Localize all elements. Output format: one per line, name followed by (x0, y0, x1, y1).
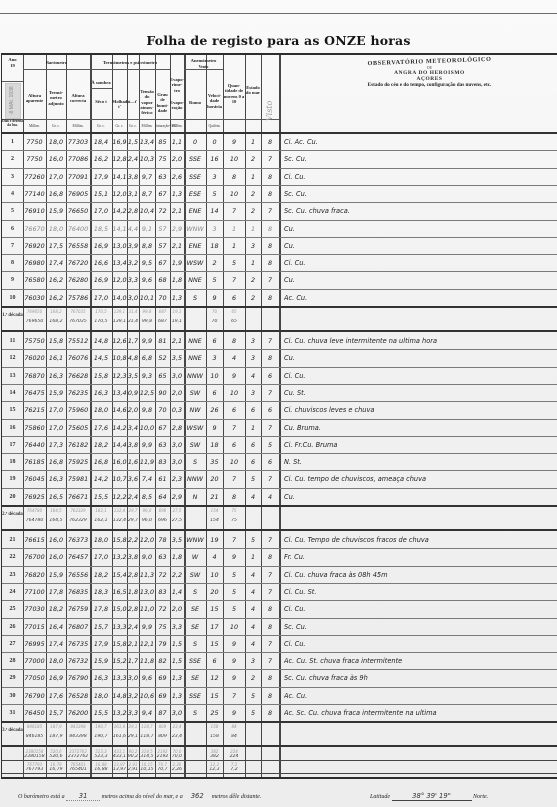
cell-tensao: 10,4 (139, 207, 155, 215)
cell-rumo: NNW (184, 372, 206, 380)
day-number: 6 (2, 226, 23, 232)
weather-remarks: Cu. (284, 225, 556, 233)
decade-sum-draft: 162,1 (90, 508, 112, 513)
cell-evap: 1,3 (170, 674, 184, 682)
day-number: 20 (2, 494, 23, 500)
cell-mar: 4 (245, 493, 261, 501)
day-number: 26 (2, 624, 23, 630)
total-value: 2380158 (23, 754, 46, 759)
cell-alt-cor: 76807 (66, 623, 90, 631)
cell-alt-ap: 76185 (23, 458, 46, 466)
row-rule (2, 618, 557, 619)
cell-alt-cor: 76628 (66, 372, 90, 380)
cell-evap: 1,8 (170, 553, 184, 561)
cell-alt-ap: 76440 (23, 441, 46, 449)
cell-seco: 16,6 (90, 259, 112, 267)
cell-alt-ap: 76020 (23, 354, 46, 362)
cell-vel: 18 (206, 441, 223, 449)
cell-visto: 7 (261, 337, 279, 345)
cell-hum: 52 (155, 354, 170, 362)
cell-mar: 2 (245, 207, 261, 215)
cell-alt-ap: 76450 (23, 709, 46, 717)
decade-sum-draft: 29,1 (127, 724, 139, 729)
cell-rumo: SSE (184, 173, 206, 181)
decade-sum: 29,7 (127, 518, 139, 523)
cell-rumo: S (184, 294, 206, 302)
cell-molh: 16,9 (112, 138, 127, 146)
cell-seco: 15,9 (90, 657, 112, 665)
cell-seco: 15,8 (90, 372, 112, 380)
day-number: 24 (2, 589, 23, 595)
day-number: 11 (2, 338, 23, 344)
cell-mar: 4 (245, 372, 261, 380)
cell-alt-cor: 76732 (66, 657, 90, 665)
cell-rumo: SW (184, 441, 206, 449)
cell-vel: 2 (206, 259, 223, 267)
cell-term: 18,0 (46, 657, 66, 665)
cell-vel: 0 (206, 138, 223, 146)
cell-visto: 7 (261, 276, 279, 284)
row-rule (2, 488, 557, 489)
cell-mar: 4 (245, 571, 261, 579)
cell-evap: 2,2 (170, 571, 184, 579)
cell-nuv: 7 (223, 475, 245, 483)
weather-remarks: Ci. Cu. chuva leve intermitente na ultim… (284, 337, 556, 345)
attached-thermometer-header: Termó-metro adjunto (46, 90, 66, 106)
row-rule (2, 419, 557, 420)
cell-vel: 6 (206, 657, 223, 665)
decade-sum: 99,8 (139, 319, 155, 324)
cell-vel: 15 (206, 692, 223, 700)
decade-sum: 687 (155, 319, 170, 324)
decade-sum-draft: 158 (206, 724, 223, 729)
cell-tensao: 8,5 (139, 493, 155, 501)
cell-alt-ap: 76925 (23, 493, 46, 501)
year-value: 19 (2, 63, 23, 68)
weather-remarks: Ci. Cu. (284, 372, 556, 380)
cell-alt-ap: 76790 (23, 692, 46, 700)
unit-label: Gr. c. (46, 124, 66, 128)
shade-header: À sombra (90, 80, 112, 85)
row-rule (2, 635, 557, 636)
cell-diff: 3,2 (127, 259, 139, 267)
decade-sum-draft: 29,7 (127, 508, 139, 513)
cell-visto: 7 (261, 207, 279, 215)
cell-diff: 3,3 (127, 276, 139, 284)
cell-term: 17,0 (46, 173, 66, 181)
cell-diff: 1,6 (127, 458, 139, 466)
cell-alt-cor: 76280 (66, 276, 90, 284)
cell-hum: 67 (155, 424, 170, 432)
cell-alt-ap: 76045 (23, 475, 46, 483)
row-rule (2, 401, 557, 402)
cell-tensao: 9,1 (139, 225, 155, 233)
cell-alt-cor: 76182 (66, 441, 90, 449)
latitude-label: Latitude (370, 794, 390, 800)
cell-seco: 18,5 (90, 225, 112, 233)
cell-tensao: 9,4 (139, 709, 155, 717)
cell-hum: 85 (155, 138, 170, 146)
cell-nuv: 6 (223, 441, 245, 449)
cell-nuv: 5 (223, 259, 245, 267)
cell-visto: 5 (261, 441, 279, 449)
cell-term: 16,5 (46, 493, 66, 501)
cell-nuv: 8 (223, 493, 245, 501)
cell-vel: 26 (206, 406, 223, 414)
cell-hum: 63 (155, 553, 170, 561)
cell-alt-ap: 7750 (23, 138, 46, 146)
decade-sum-draft: 187,9 (46, 724, 66, 729)
decade-sum-draft: 132,4 (112, 508, 127, 513)
cell-hum: 65 (155, 372, 170, 380)
cell-vel: 5 (206, 276, 223, 284)
cell-hum: 69 (155, 674, 170, 682)
day-number: 19 (2, 476, 23, 482)
cell-molh: 16,5 (112, 588, 127, 596)
cell-seco: 16,9 (90, 276, 112, 284)
cell-term: 16,9 (46, 674, 66, 682)
day-number: 8 (2, 260, 23, 266)
decade-sum-draft: 164,5 (46, 508, 66, 513)
row-rule (2, 687, 557, 688)
unit-label: Gr. c. (112, 124, 127, 128)
cell-visto: 6 (261, 372, 279, 380)
cell-tensao: 12,5 (139, 389, 155, 397)
cell-vel: 3 (206, 173, 223, 181)
cell-molh: 13,2 (112, 553, 127, 561)
cell-hum: 64 (155, 493, 170, 501)
decade-sum: 769650 (23, 319, 46, 324)
decade-sum: 23,4 (170, 734, 184, 739)
cell-rumo: NNW (184, 475, 206, 483)
anemometer-header: Anemómetro (184, 58, 223, 63)
cell-rumo: W (184, 553, 206, 561)
cell-diff: 3,4 (127, 424, 139, 432)
cell-molh: 14,4 (112, 441, 127, 449)
cell-evap: 1,3 (170, 190, 184, 198)
cell-evap: 2,1 (170, 337, 184, 345)
cell-nuv: 9 (223, 372, 245, 380)
cell-diff: 2,4 (127, 623, 139, 631)
cell-rumo: S (184, 588, 206, 596)
cell-molh: 14,1 (112, 225, 127, 233)
cell-term: 17,4 (46, 640, 66, 648)
cell-tensao: 11,3 (139, 571, 155, 579)
cell-rumo: SW (184, 389, 206, 397)
total-value: 2192 (155, 754, 170, 759)
cell-diff: 1,5 (127, 138, 139, 146)
thermometers-header: Termómetros e psicrómetro (90, 60, 170, 65)
cell-seco: 18,4 (90, 138, 112, 146)
cell-diff: 3,9 (127, 242, 139, 250)
cell-diff: 2,4 (127, 493, 139, 501)
vapour-tension-header: Tensão do vapor atmos-férico (139, 89, 155, 115)
weather-remarks: Ci. Ac. Cu. (284, 138, 556, 146)
decade-sum-draft: 70 (206, 309, 223, 314)
cell-alt-cor: 76759 (66, 605, 90, 613)
day-number: 7 (2, 243, 23, 249)
decade-sum-draft: 23,4 (170, 724, 184, 729)
day-number: 27 (2, 641, 23, 647)
cell-alt-cor: 75925 (66, 458, 90, 466)
row-rule (2, 652, 557, 653)
cell-alt-ap: 7750 (23, 155, 46, 163)
cell-alt-ap: 76030 (23, 294, 46, 302)
remarks-header: Estado do céu e do tempo, configuração d… (302, 82, 557, 88)
cell-rumo: NNE (184, 354, 206, 362)
cell-rumo: NW (184, 406, 206, 414)
total-value: 70,7 (155, 767, 170, 772)
cell-alt-ap: 76980 (23, 259, 46, 267)
cell-hum: 83 (155, 588, 170, 596)
cell-nuv: 10 (223, 458, 245, 466)
cell-term: 15,9 (46, 207, 66, 215)
day-number: 21 (2, 537, 23, 543)
cell-mar: 2 (245, 190, 261, 198)
decade-sum: 161,6 (112, 734, 127, 739)
cell-mar: 6 (245, 406, 261, 414)
cell-rumo: NNE (184, 276, 206, 284)
cell-vel: 21 (206, 493, 223, 501)
decade-sum: 84 (223, 734, 245, 739)
cell-vel: 12 (206, 674, 223, 682)
decade-sum: 31,4 (127, 319, 139, 324)
cell-alt-ap: 77015 (23, 623, 46, 631)
decade-sum-draft: 96,0 (139, 508, 155, 513)
cell-rumo: S (184, 709, 206, 717)
day-number: 2 (2, 156, 23, 162)
cell-alt-ap: 76615 (23, 536, 46, 544)
cell-vel: 15 (206, 605, 223, 613)
day-number: 25 (2, 606, 23, 612)
cell-term: 17,5 (46, 242, 66, 250)
cell-tensao: 6,8 (139, 354, 155, 362)
total-value: 16,79 (46, 767, 66, 772)
decade-sum: 118,7 (139, 734, 155, 739)
decade-sum-draft: 118,7 (139, 724, 155, 729)
corrected-height-header: Altura correcta (66, 93, 90, 104)
cell-rumo: ENE (184, 242, 206, 250)
cell-alt-cor: 76558 (66, 242, 90, 250)
cell-rumo: SSE (184, 657, 206, 665)
total-value: 2,26 (170, 767, 184, 772)
cell-diff: 3,8 (127, 553, 139, 561)
row-rule (2, 600, 557, 601)
decade-rule-top (2, 721, 557, 723)
cell-term: 15,7 (46, 709, 66, 717)
day-number: 22 (2, 554, 23, 560)
cell-hum: 82 (155, 657, 170, 665)
cell-alt-cor: 76556 (66, 571, 90, 579)
cell-term: 16,0 (46, 536, 66, 544)
cell-diff: 3,0 (127, 294, 139, 302)
header-divider (90, 88, 112, 89)
cell-hum: 72 (155, 207, 170, 215)
cell-term: 16,8 (46, 190, 66, 198)
day-number: 14 (2, 390, 23, 396)
row-rule (2, 254, 557, 255)
cell-rumo: 0 (184, 138, 206, 146)
weather-remarks: Ci. Cu. (284, 259, 556, 267)
total-value: 224 (223, 754, 245, 759)
cell-nuv: 9 (223, 138, 245, 146)
cell-evap: 1,1 (170, 138, 184, 146)
cell-hum: 68 (155, 276, 170, 284)
barometer-altitude: 31 (66, 792, 100, 801)
cell-diff: 3,5 (127, 372, 139, 380)
cell-mar: 1 (245, 225, 261, 233)
decade-rule-bottom (2, 745, 557, 747)
cell-tensao: 9,9 (139, 337, 155, 345)
cell-nuv: 10 (223, 389, 245, 397)
decade-sum-draft: 846185 (23, 724, 46, 729)
cell-visto: 7 (261, 536, 279, 544)
cell-visto: 7 (261, 389, 279, 397)
cell-alt-ap: 76580 (23, 276, 46, 284)
decade-sum-draft: 696 (155, 508, 170, 513)
weather-remarks: Ci. Cu. tempo de chuviscos, ameaça chuva (284, 475, 556, 483)
cell-molh: 13,3 (112, 674, 127, 682)
weather-remarks: Cu. (284, 493, 556, 501)
cell-alt-ap: 77000 (23, 657, 46, 665)
cell-seco: 16,3 (90, 674, 112, 682)
speed-header: Veloci-dade horária (206, 93, 223, 109)
cell-molh: 13,4 (112, 389, 127, 397)
cell-mar: 1 (245, 553, 261, 561)
cell-evap: 1,9 (170, 259, 184, 267)
cell-alt-cor: 76735 (66, 640, 90, 648)
cell-mar: 2 (245, 276, 261, 284)
decade-sum-draft: 767035 (66, 309, 90, 314)
weather-remarks: Ac. Cu. (284, 294, 556, 302)
cell-evap: 2,6 (170, 173, 184, 181)
cell-diff: 2,0 (127, 406, 139, 414)
total-value: 2372762 (66, 754, 90, 759)
cell-evap: 2,8 (170, 424, 184, 432)
cell-alt-cor: 76671 (66, 493, 90, 501)
cell-term: 18,0 (46, 225, 66, 233)
cell-hum: 63 (155, 173, 170, 181)
cell-alt-ap: 76820 (23, 571, 46, 579)
register-table: Ano19-8 MAI. 1938Dias e dezena da lua.Ba… (1, 53, 557, 779)
total-value: 433,1 (112, 754, 127, 759)
decade-label: 3.ª década (2, 728, 23, 734)
decade-sum-draft: 764780 (23, 508, 46, 513)
unit-label: Gr. c. (90, 124, 112, 128)
day-number: 29 (2, 675, 23, 681)
cell-hum: 78 (155, 536, 170, 544)
row-rule (2, 289, 557, 290)
cell-rumo: SSE (184, 155, 206, 163)
cell-term: 16,8 (46, 458, 66, 466)
observatory-stamp: OBSERVATÓRIO METEOROLÓGICODEANGRA DO HER… (302, 58, 557, 88)
cell-mar: 1 (245, 138, 261, 146)
weather-remarks: Sc. Cu. chuva fraca. (284, 207, 556, 215)
barometer-text-2: metros acima do nível do mar, e a (102, 794, 183, 800)
cell-seco: 17,6 (90, 424, 112, 432)
cell-evap: 2,9 (170, 493, 184, 501)
cell-evap: 3,0 (170, 372, 184, 380)
cell-diff: 1,7 (127, 337, 139, 345)
cell-nuv: 9 (223, 640, 245, 648)
wind-header: Vento (184, 64, 223, 69)
cell-vel: 20 (206, 475, 223, 483)
cell-alt-ap: 76995 (23, 640, 46, 648)
cell-vel: 4 (206, 553, 223, 561)
decade-sum: 158 (206, 734, 223, 739)
day-number: 3 (2, 174, 23, 180)
decade-sum: 190,7 (90, 734, 112, 739)
row-rule (2, 168, 557, 169)
cell-term: 17,0 (46, 406, 66, 414)
cell-alt-cor: 75786 (66, 294, 90, 302)
cell-hum: 70 (155, 406, 170, 414)
row-rule (2, 202, 557, 203)
decade-sum-draft: 65 (223, 309, 245, 314)
total-value: 10,15 (139, 767, 155, 772)
cell-rumo: WNW (184, 536, 206, 544)
header-divider (90, 69, 170, 70)
cell-tensao: 9,5 (139, 259, 155, 267)
total-rule (2, 773, 557, 774)
cell-alt-ap: 76920 (23, 242, 46, 250)
cell-molh: 12,0 (112, 190, 127, 198)
row-rule (2, 436, 557, 437)
cell-term: 17,0 (46, 424, 66, 432)
cell-hum: 61 (155, 475, 170, 483)
cell-nuv: 9 (223, 657, 245, 665)
cell-seco: 18,2 (90, 441, 112, 449)
cell-nuv: 1 (223, 225, 245, 233)
cell-nuv: 5 (223, 571, 245, 579)
cell-evap: 1,3 (170, 294, 184, 302)
decade-sum-draft: 154 (206, 508, 223, 513)
row-rule (2, 470, 557, 471)
cell-molh: 14,1 (112, 173, 127, 181)
cell-molh: 12,8 (112, 155, 127, 163)
cell-mar: 2 (245, 294, 261, 302)
decade-sum-draft: 809 (155, 724, 170, 729)
cell-seco: 18,2 (90, 571, 112, 579)
evaporation-header: Evapo-ração (170, 100, 184, 111)
decade-sum: 187,9 (46, 734, 66, 739)
cell-nuv: 7 (223, 692, 245, 700)
row-rule (2, 453, 557, 454)
latitude-note: Latitude 38° 39' 19" Norte. (370, 792, 488, 801)
cell-seco: 18,0 (90, 406, 112, 414)
cell-visto: 7 (261, 424, 279, 432)
cell-diff: 1,7 (127, 657, 139, 665)
cell-tensao: 9,6 (139, 674, 155, 682)
cell-tensao: 8,8 (139, 242, 155, 250)
decade-sum: 809 (155, 734, 170, 739)
cell-hum: 90 (155, 389, 170, 397)
row-rule (2, 349, 557, 350)
cell-rumo: WSW (184, 424, 206, 432)
cell-seco: 17,8 (90, 605, 112, 613)
cell-nuv: 7 (223, 276, 245, 284)
cell-term: 16,4 (46, 623, 66, 631)
cell-visto: 8 (261, 605, 279, 613)
total-value: 70,0 (170, 754, 184, 759)
cell-seco: 16,8 (90, 458, 112, 466)
cell-molh: 15,8 (112, 536, 127, 544)
cell-molh: 10,7 (112, 475, 127, 483)
decade-sum: 168,2 (46, 319, 66, 324)
cell-seco: 14,8 (90, 337, 112, 345)
cell-vel: 3 (206, 354, 223, 362)
header-bottom-rule (2, 132, 557, 134)
